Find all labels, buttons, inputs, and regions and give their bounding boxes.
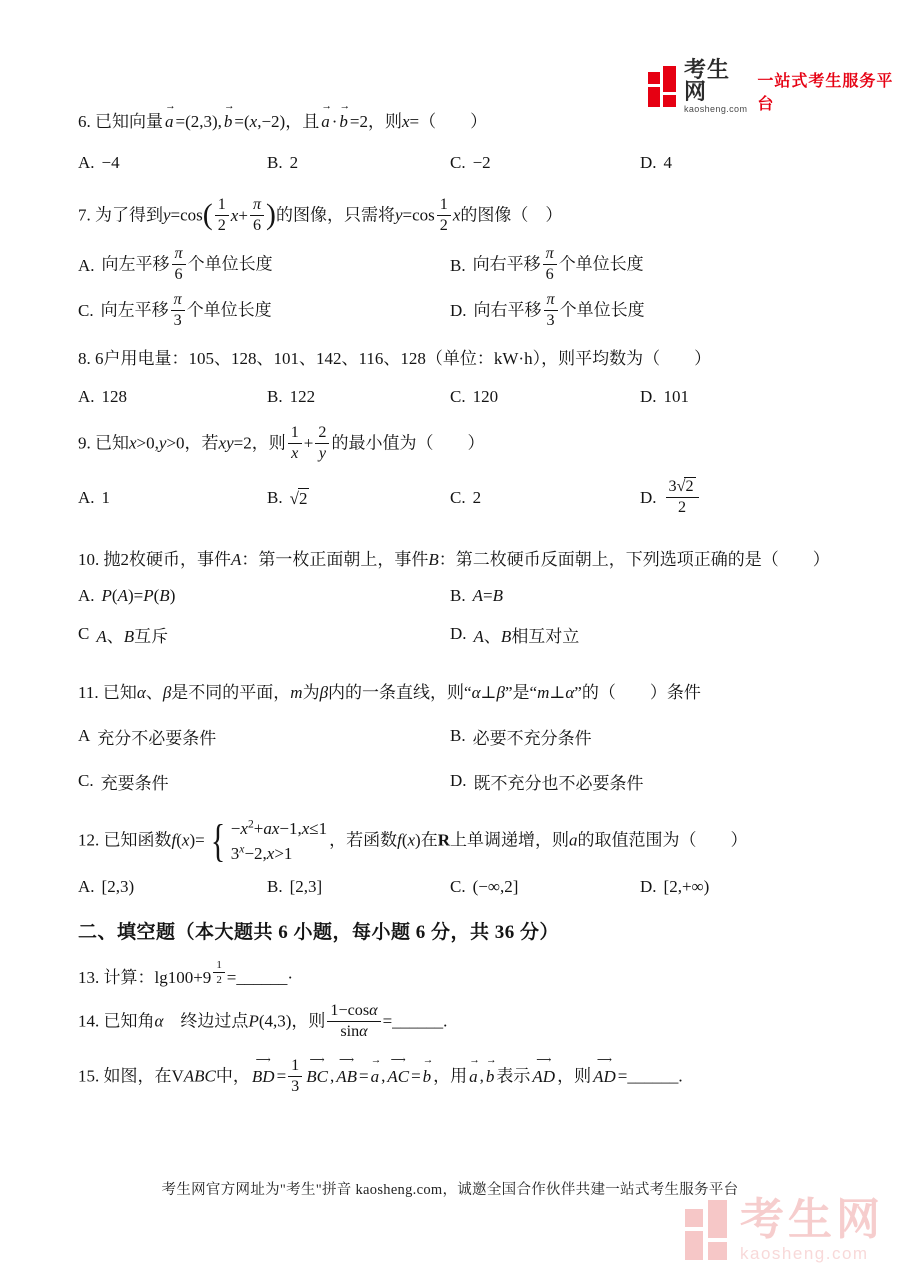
option-text: A=B <box>473 586 503 606</box>
question-12-option-d: D.[2,+∞) <box>640 877 870 897</box>
question-14: 14. 已知角α 终边过点P(4,3)，则1−cosαsinα=______. <box>78 1001 870 1042</box>
option-label: D. <box>450 301 467 321</box>
option-label: C. <box>78 771 94 791</box>
option-text: 充分不必要条件 <box>97 724 216 749</box>
option-label: D. <box>640 153 657 173</box>
question-9-option-a: A.1 <box>78 488 267 508</box>
option-text: [2,+∞) <box>664 877 710 897</box>
option-label: C. <box>78 301 94 321</box>
question-6-option-b: B.2 <box>267 153 450 173</box>
question-6-option-a: A.−4 <box>78 153 267 173</box>
question-10-option-c: CA、B互斥 <box>78 622 450 647</box>
exam-page: 考生网 kaosheng.com 一站式考生服务平台 6. 已知向量→a=(2,… <box>0 0 900 1273</box>
logo-domain: kaosheng.com <box>684 105 748 114</box>
question-7-option-a: A.向左平移π6个单位长度 <box>78 246 450 285</box>
kaosheng-logo-icon <box>648 66 678 107</box>
option-label: A <box>78 726 90 746</box>
site-logo: 考生网 kaosheng.com 一站式考生服务平台 <box>648 58 900 114</box>
option-text: −4 <box>102 153 120 173</box>
option-label: C. <box>450 153 466 173</box>
question-8-option-d: D.101 <box>640 387 870 407</box>
option-text: 充要条件 <box>101 769 169 794</box>
option-text: 4 <box>664 153 673 173</box>
logo-text: 考生网 kaosheng.com <box>684 59 748 114</box>
question-13-stem: 13. 计算：lg100+912=______· <box>78 958 870 991</box>
logo-slogan: 一站式考生服务平台 <box>757 68 900 114</box>
option-label: A. <box>78 153 95 173</box>
question-7: 7. 为了得到y=cos(12x+π6)的图像，只需将y=cos12x的图像（ … <box>78 195 870 331</box>
section-heading: 二、填空题（本大题共 6 小题，每小题 6 分，共 36 分） <box>78 917 870 944</box>
option-text: A、B互斥 <box>96 622 168 647</box>
option-text: 向右平移π6个单位长度 <box>473 246 644 285</box>
question-15-stem: 15. 如图，在VABC中，⟶BD=13⟶BC,⟶AB=→a,⟶AC=→b，用→… <box>78 1056 870 1097</box>
question-11-option-a: A充分不必要条件 <box>78 724 450 749</box>
question-7-option-d: D.向右平移π3个单位长度 <box>450 292 870 331</box>
option-text: A、B相互对立 <box>474 622 580 647</box>
logo-name: 考生网 <box>684 59 748 103</box>
option-label: B. <box>450 256 466 276</box>
question-12-option-a: A.[2,3) <box>78 877 267 897</box>
option-label: B. <box>267 877 283 897</box>
option-text: P(A)=P(B) <box>102 586 176 606</box>
question-8-stem: 8. 6户用电量：105、128、101、142、116、128（单位：kW·h… <box>78 343 870 372</box>
watermark-name: 考生网 <box>740 1198 884 1242</box>
option-label: A. <box>78 488 95 508</box>
question-9: 9. 已知x>0,y>0，若xy=2，则1x+2y的最小值为（ ）A.1B.√2… <box>78 423 870 518</box>
question-14-stem: 14. 已知角α 终边过点P(4,3)，则1−cosαsinα=______. <box>78 1001 870 1042</box>
option-text: 1 <box>102 488 111 508</box>
exam-body: 6. 已知向量→a=(2,3),→b=(x,−2)，且→a·→b=2，则x=（ … <box>0 0 900 1097</box>
option-label: B. <box>267 153 283 173</box>
option-label: D. <box>640 488 657 508</box>
question-6-option-c: C.−2 <box>450 153 640 173</box>
option-label: D. <box>640 387 657 407</box>
option-text: 3√22 <box>664 478 701 518</box>
option-text: √2 <box>290 488 310 509</box>
option-text: 向左平移π3个单位长度 <box>101 292 272 331</box>
option-text: 122 <box>290 387 316 407</box>
kaosheng-watermark-icon <box>685 1200 731 1260</box>
question-10: 10. 抛2枚硬币，事件A：第一枚正面朝上，事件B：第二枚硬币反面朝上，下列选项… <box>78 544 870 646</box>
question-12-stem: 12. 已知函数f(x)={−x2+ax−1,x≤13x−2,x>1，若函数f(… <box>78 814 870 867</box>
option-text: 2 <box>473 488 482 508</box>
question-10-option-d: D.A、B相互对立 <box>450 622 870 647</box>
question-15: 15. 如图，在VABC中，⟶BD=13⟶BC,⟶AB=→a,⟶AC=→b，用→… <box>78 1056 870 1097</box>
option-label: A. <box>78 586 95 606</box>
question-9-option-d: D.3√22 <box>640 478 870 518</box>
question-6: 6. 已知向量→a=(2,3),→b=(x,−2)，且→a·→b=2，则x=（ … <box>78 106 870 173</box>
option-label: D. <box>640 877 657 897</box>
kaosheng-watermark: 考生网 kaosheng.com <box>685 1198 884 1262</box>
option-label: A. <box>78 256 95 276</box>
option-text: 120 <box>473 387 499 407</box>
option-label: A. <box>78 877 95 897</box>
option-label: B. <box>450 726 466 746</box>
option-text: −2 <box>473 153 491 173</box>
question-8-option-c: C.120 <box>450 387 640 407</box>
question-11-stem: 11. 已知α、β是不同的平面，m为β内的一条直线，则“α⊥β”是“m⊥α”的（… <box>78 677 870 706</box>
question-8-option-a: A.128 <box>78 387 267 407</box>
option-text: [2,3) <box>102 877 135 897</box>
option-label: C. <box>450 488 466 508</box>
option-text: 101 <box>664 387 690 407</box>
option-text: 向左平移π6个单位长度 <box>102 246 273 285</box>
question-9-option-b: B.√2 <box>267 488 450 509</box>
option-label: D. <box>450 624 467 644</box>
question-10-option-b: B.A=B <box>450 586 870 606</box>
option-label: A. <box>78 387 95 407</box>
question-7-stem: 7. 为了得到y=cos(12x+π6)的图像，只需将y=cos12x的图像（ … <box>78 195 870 236</box>
option-text: (−∞,2] <box>473 877 519 897</box>
question-12: 12. 已知函数f(x)={−x2+ax−1,x≤13x−2,x>1，若函数f(… <box>78 814 870 897</box>
option-text: 128 <box>102 387 128 407</box>
option-label: C <box>78 624 89 644</box>
question-11-option-d: D.既不充分也不必要条件 <box>450 769 870 794</box>
question-10-option-a: A.P(A)=P(B) <box>78 586 450 606</box>
option-label: B. <box>450 586 466 606</box>
option-label: C. <box>450 387 466 407</box>
option-label: D. <box>450 771 467 791</box>
question-13: 13. 计算：lg100+912=______· <box>78 958 870 991</box>
question-9-option-c: C.2 <box>450 488 640 508</box>
option-text: 必要不充分条件 <box>473 724 592 749</box>
question-10-stem: 10. 抛2枚硬币，事件A：第一枚正面朝上，事件B：第二枚硬币反面朝上，下列选项… <box>78 544 870 573</box>
option-text: [2,3] <box>290 877 323 897</box>
question-12-option-c: C.(−∞,2] <box>450 877 640 897</box>
option-text: 向右平移π3个单位长度 <box>474 292 645 331</box>
watermark-text: 考生网 kaosheng.com <box>740 1198 884 1262</box>
option-label: B. <box>267 488 283 508</box>
question-11-option-c: C.充要条件 <box>78 769 450 794</box>
question-7-option-b: B.向右平移π6个单位长度 <box>450 246 870 285</box>
question-11: 11. 已知α、β是不同的平面，m为β内的一条直线，则“α⊥β”是“m⊥α”的（… <box>78 677 870 794</box>
question-7-option-c: C.向左平移π3个单位长度 <box>78 292 450 331</box>
option-label: B. <box>267 387 283 407</box>
question-8: 8. 6户用电量：105、128、101、142、116、128（单位：kW·h… <box>78 343 870 407</box>
question-6-option-d: D.4 <box>640 153 870 173</box>
watermark-domain: kaosheng.com <box>740 1245 884 1262</box>
option-label: C. <box>450 877 466 897</box>
question-11-option-b: B.必要不充分条件 <box>450 724 870 749</box>
option-text: 既不充分也不必要条件 <box>474 769 644 794</box>
question-12-option-b: B.[2,3] <box>267 877 450 897</box>
option-text: 2 <box>290 153 299 173</box>
question-9-stem: 9. 已知x>0,y>0，若xy=2，则1x+2y的最小值为（ ） <box>78 423 870 464</box>
question-8-option-b: B.122 <box>267 387 450 407</box>
